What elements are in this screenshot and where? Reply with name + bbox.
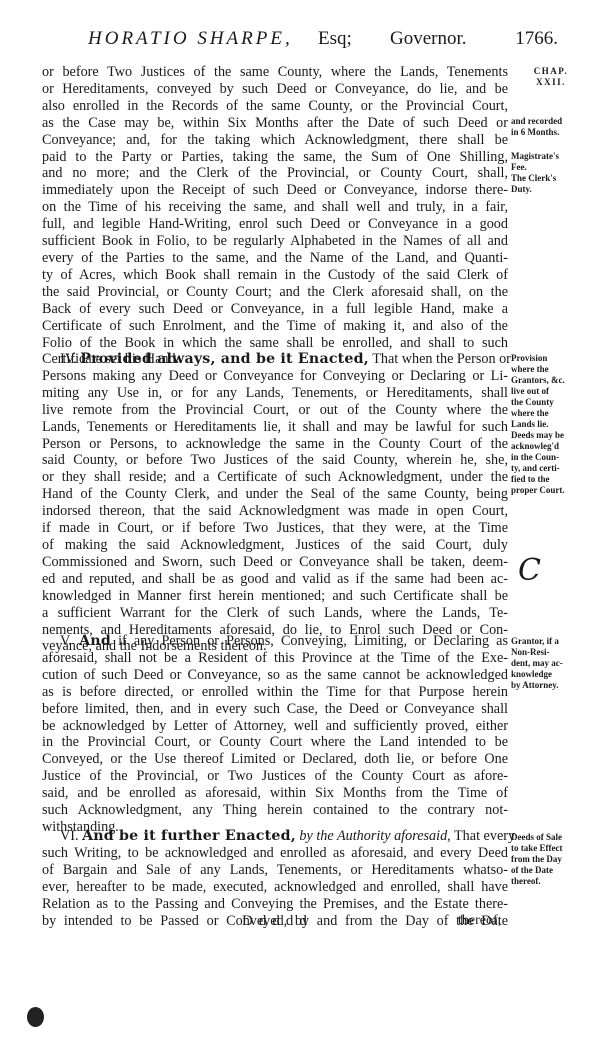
margin-line: proper Court. bbox=[511, 485, 591, 496]
text-line: as the Case may be, within Six Months af… bbox=[42, 115, 508, 132]
text-line: immediately upon the Receipt of such Dee… bbox=[42, 182, 508, 199]
text-fragment: if any Person or Persons, Conveying, Lim… bbox=[118, 633, 508, 649]
text-line: in the Provincial Court, or County Court… bbox=[42, 734, 508, 751]
section-iv-first-line: IV. Provided always, and be it Enacted, … bbox=[42, 351, 508, 368]
text-line: cution of such Deed or Conveyance, so as… bbox=[42, 667, 508, 684]
text-line: Relation as to the Passing and Conveying… bbox=[42, 896, 508, 913]
margin-line: XXII. bbox=[511, 77, 591, 88]
margin-line: Grantors, &c. bbox=[511, 375, 591, 386]
margin-line: ty, and certi- bbox=[511, 463, 591, 474]
margin-line: Duty. bbox=[511, 184, 591, 195]
handwritten-mark: C bbox=[518, 553, 541, 588]
text-line: the said Provincial, or County Court; an… bbox=[42, 284, 508, 301]
margin-line: where the bbox=[511, 408, 591, 419]
text-line: ty of Acres, which Book shall remain in … bbox=[42, 267, 508, 284]
text-line: said County, or before Two Justices of t… bbox=[42, 452, 508, 469]
margin-line: dent, may ac- bbox=[511, 658, 591, 669]
text-line: as is before directed, or enrolled withi… bbox=[42, 684, 508, 701]
text-line: ed and reputed, and shall be as good and… bbox=[42, 571, 508, 588]
margin-line: fied to the bbox=[511, 474, 591, 485]
text-line: on the Time of his receiving the same, a… bbox=[42, 199, 508, 216]
margin-line: in 6 Months. bbox=[511, 127, 591, 138]
authority-clause: by the Authority aforesaid, bbox=[299, 828, 450, 844]
margin-note-deeds: Deeds of Sale to take Effect from the Da… bbox=[511, 832, 591, 887]
text-line: sufficient Book in Folio, to be regularl… bbox=[42, 233, 508, 250]
text-line: full, and legible Hand-Writing, enrol su… bbox=[42, 216, 508, 233]
section-v-first-line: V. And if any Person or Persons, Conveyi… bbox=[42, 633, 508, 650]
document-page: HORATIO SHARPE, Esq; Governor. 1766. or … bbox=[0, 0, 600, 1064]
margin-line: Lands lie. bbox=[511, 419, 591, 430]
text-line: before limited, then, and in every such … bbox=[42, 701, 508, 718]
margin-line: Deeds may be bbox=[511, 430, 591, 441]
text-line: such Writing, to be acknowledged and enr… bbox=[42, 845, 508, 862]
text-line: of Bargain and Sale of any Lands, Teneme… bbox=[42, 862, 508, 879]
text-line: also enrolled in the Records of the same… bbox=[42, 98, 508, 115]
section-vi-first-line: VI. And be it further Enacted, by the Au… bbox=[42, 828, 508, 845]
text-line: Conveyed, or the Use thereof Limited or … bbox=[42, 751, 508, 768]
header-esq: Esq; bbox=[318, 28, 352, 50]
header-year: 1766. bbox=[515, 28, 558, 50]
section-number: VI. bbox=[60, 828, 79, 844]
margin-line: CHAP. bbox=[511, 66, 591, 77]
enacting-clause: Provided always, and be it Enacted, bbox=[80, 351, 369, 367]
margin-line: from the Day bbox=[511, 854, 591, 865]
margin-line: Magistrate's bbox=[511, 151, 591, 162]
text-line: be acknowledged by Letter of Attorney, w… bbox=[42, 718, 508, 735]
section-v: V. And if any Person or Persons, Conveyi… bbox=[42, 633, 508, 836]
margin-line: The Clerk's bbox=[511, 173, 591, 184]
margin-line: of the Date bbox=[511, 865, 591, 876]
margin-note-recorded: and recorded in 6 Months. bbox=[511, 116, 591, 138]
enacting-clause: And be it further Enacted, bbox=[82, 828, 296, 844]
text-line: knowledged in Manner first herein mentio… bbox=[42, 588, 508, 605]
margin-line: where the bbox=[511, 364, 591, 375]
running-header: HORATIO SHARPE, Esq; Governor. 1766. bbox=[88, 28, 578, 54]
text-line: Commissioned and Sworn, such Deed or Con… bbox=[42, 554, 508, 571]
margin-line: and recorded bbox=[511, 116, 591, 127]
section-iv: IV. Provided always, and be it Enacted, … bbox=[42, 351, 508, 655]
text-line: aforesaid, shall not be a Resident of th… bbox=[42, 650, 508, 667]
text-line: paid to the Party or Parties, taking the… bbox=[42, 149, 508, 166]
margin-line: knowledge bbox=[511, 669, 591, 680]
text-line: Lands, Tenements or Hereditaments lie, i… bbox=[42, 419, 508, 436]
section-number: V. bbox=[60, 633, 72, 649]
text-line: Folio of the Book in which the same shal… bbox=[42, 335, 508, 352]
catchword: thereof, bbox=[458, 913, 501, 929]
margin-note-chapter: CHAP. XXII. bbox=[511, 66, 591, 88]
paragraph-continuation: or before Two Justices of the same Count… bbox=[42, 64, 508, 368]
text-line: and no more; and the Clerk of the Provin… bbox=[42, 165, 508, 182]
text-line: a sufficient Warrant for the Clerk of su… bbox=[42, 605, 508, 622]
margin-line: Fee. bbox=[511, 162, 591, 173]
text-line: Persons making any Deed or Conveyance fo… bbox=[42, 368, 508, 385]
text-line: indorsed thereon, that the said Acknowle… bbox=[42, 503, 508, 520]
text-line: Back of every such Deed or Conveyance, i… bbox=[42, 301, 508, 318]
margin-line: Non-Resi- bbox=[511, 647, 591, 658]
text-fragment: That when the Person or bbox=[372, 351, 511, 367]
text-line: Person or Persons, to acknowledge the sa… bbox=[42, 436, 508, 453]
text-line: Conveyance; and, for the taking which Ac… bbox=[42, 132, 508, 149]
margin-line: acknowleg'd bbox=[511, 441, 591, 452]
text-line: or they shall reside; and a Certificate … bbox=[42, 469, 508, 486]
header-title: Governor. bbox=[390, 28, 467, 50]
margin-line: Deeds of Sale bbox=[511, 832, 591, 843]
signature-mark: Ddddd bbox=[242, 913, 313, 930]
text-line: ever, hereafter to be made, executed, ac… bbox=[42, 879, 508, 896]
text-line: live remote from the Provincial Court, o… bbox=[42, 402, 508, 419]
text-line: every of the Parties to the same, and th… bbox=[42, 250, 508, 267]
text-line: Hand of the County Clerk, and under the … bbox=[42, 486, 508, 503]
text-line: such Acknowledgment, any Thing herein co… bbox=[42, 802, 508, 819]
margin-line: the County bbox=[511, 397, 591, 408]
margin-line: to take Effect bbox=[511, 843, 591, 854]
text-line: if made in Court, or if before Two Justi… bbox=[42, 520, 508, 537]
margin-line: thereof. bbox=[511, 876, 591, 887]
margin-line: Grantor, if a bbox=[511, 636, 591, 647]
margin-note-grantor: Grantor, if a Non-Resi- dent, may ac- kn… bbox=[511, 636, 591, 691]
margin-note-fees: Magistrate's Fee. The Clerk's Duty. bbox=[511, 151, 591, 195]
margin-line: in the Coun- bbox=[511, 452, 591, 463]
margin-note-provision: Provision where the Grantors, &c. live o… bbox=[511, 353, 591, 496]
margin-line: by Attorney. bbox=[511, 680, 591, 691]
text-line: said, and be enrolled as aforesaid, with… bbox=[42, 785, 508, 802]
margin-line: Provision bbox=[511, 353, 591, 364]
text-line: of making the said Acknowledgment, Justi… bbox=[42, 537, 508, 554]
text-line: or before Two Justices of the same Count… bbox=[42, 64, 508, 81]
margin-line: live out of bbox=[511, 386, 591, 397]
text-line: Justice of the Provincial, or Two Justic… bbox=[42, 768, 508, 785]
text-fragment: That every bbox=[454, 828, 515, 844]
text-line: Certificate of such Enrolment, and the T… bbox=[42, 318, 508, 335]
enacting-clause: And bbox=[79, 633, 111, 649]
ink-blot bbox=[27, 1007, 44, 1027]
section-number: IV. bbox=[60, 351, 77, 367]
header-name: HORATIO SHARPE, bbox=[88, 28, 293, 50]
text-line: or Hereditaments, conveyed by such Deed … bbox=[42, 81, 508, 98]
text-line: miting any Use in, or for any Lands, Ten… bbox=[42, 385, 508, 402]
